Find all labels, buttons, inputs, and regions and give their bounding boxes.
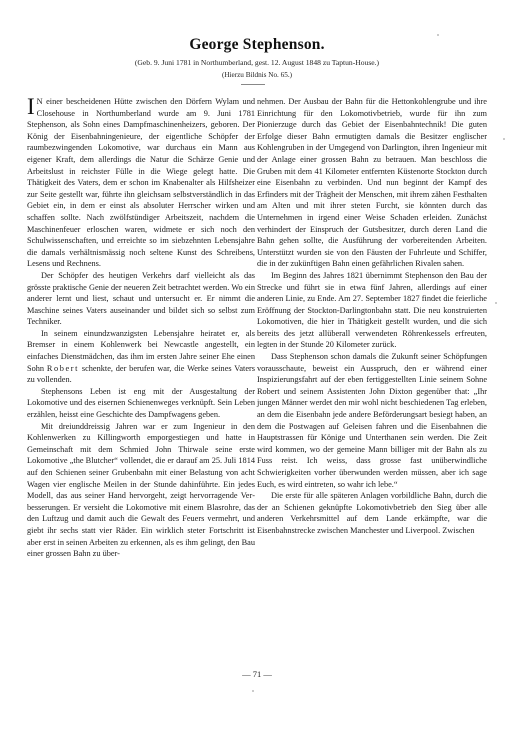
paragraph-6: Im Beginn des Jahres 1821 übernimmt Step… <box>257 270 487 351</box>
paragraph-1: IN einer bescheidenen Hütte zwischen den… <box>27 96 255 270</box>
article-subtitle: (Geb. 9. Juni 1781 in Northumberland, ge… <box>0 58 514 67</box>
paragraph-2: Der Schöpfer des heutigen Verkehrs darf … <box>27 270 255 328</box>
illustration-note: (Hierzu Bildnis No. 65.) <box>0 71 514 79</box>
paragraph-4: Stephensons Leben ist eng mit der Ausges… <box>27 386 255 421</box>
article-title: George Stephenson. <box>0 36 514 54</box>
page-number: — 71 — <box>0 669 514 679</box>
drop-cap: I <box>27 97 35 117</box>
title-divider <box>241 84 265 85</box>
paragraph-7: Dass Stephenson schon damals die Zukunft… <box>257 351 487 490</box>
paragraph-3: In seinem einundzwanzigsten Lebensjahre … <box>27 328 255 386</box>
print-speck <box>437 34 439 36</box>
print-speck <box>495 302 497 304</box>
print-speck <box>252 690 254 692</box>
paragraph-8: Die erste für alle späteren Anlagen vorb… <box>257 490 487 536</box>
left-column: IN einer bescheidenen Hütte zwischen den… <box>27 96 255 560</box>
print-speck <box>503 138 505 140</box>
right-column: nehmen. Der Ausbau der Bahn für die Hett… <box>257 96 487 537</box>
paragraph-5-continued: nehmen. Der Ausbau der Bahn für die Hett… <box>257 96 487 270</box>
name-robert: Robert <box>47 364 79 373</box>
paragraph-5: Mit dreiunddreissig Jahren war er zum In… <box>27 421 255 560</box>
paragraph-1-text: N einer bescheidenen Hütte zwischen den … <box>27 97 255 268</box>
